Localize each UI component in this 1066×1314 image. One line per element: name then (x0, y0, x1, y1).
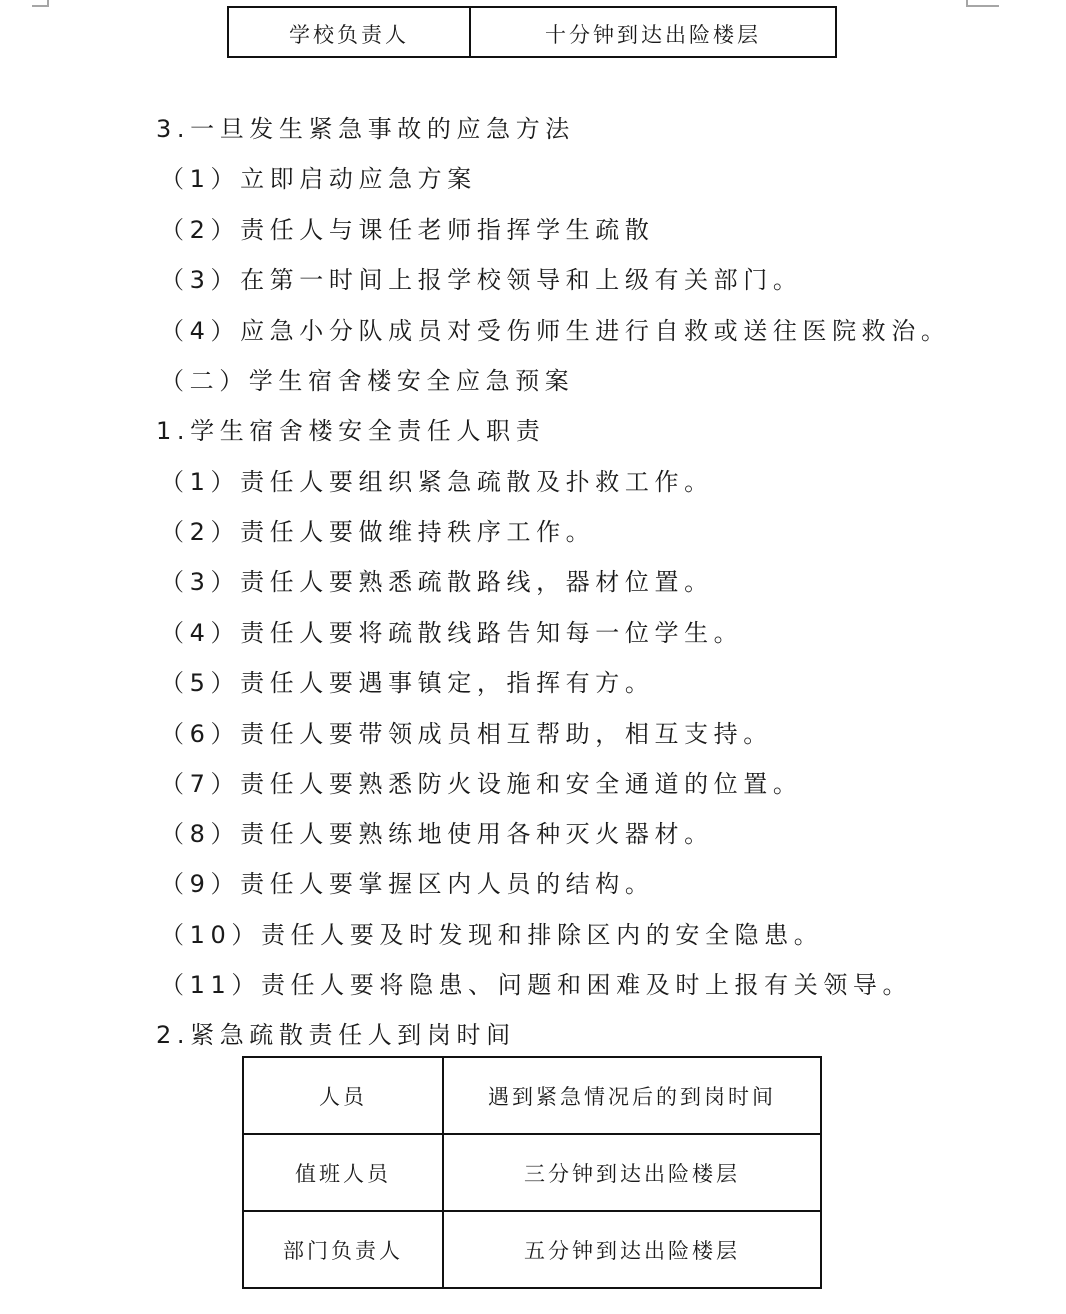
list-item: （3）责任人要熟悉疏散路线，器材位置。 (160, 567, 714, 597)
list-item: （6）责任人要带领成员相互帮助，相互支持。 (160, 719, 773, 749)
table-cell-person: 学校负责人 (228, 7, 470, 57)
part-heading: （二）学生宿舍楼安全应急预案 (160, 366, 574, 396)
list-item: （1）责任人要组织紧急疏散及扑救工作。 (160, 467, 714, 497)
list-item: （11）责任人要将隐患、问题和困难及时上报有关领导。 (160, 970, 912, 1000)
list-item: （9）责任人要掌握区内人员的结构。 (160, 869, 654, 899)
table-cell-person: 部门负责人 (243, 1211, 443, 1288)
list-item: （7）责任人要熟悉防火设施和安全通道的位置。 (160, 769, 802, 799)
list-item: （4）应急小分队成员对受伤师生进行自救或送往医院救治。 (160, 316, 950, 346)
page-corner-mark-left (32, 0, 49, 7)
list-item: （2）责任人与课任老师指挥学生疏散 (160, 215, 654, 245)
table-header-person: 人员 (243, 1057, 443, 1134)
table-cell-person: 值班人员 (243, 1134, 443, 1211)
section-heading: 2.紧急疏散责任人到岗时间 (156, 1020, 516, 1050)
page-corner-mark-right (966, 0, 999, 7)
list-item: （3）在第一时间上报学校领导和上级有关部门。 (160, 265, 802, 295)
table-header-row: 人员 遇到紧急情况后的到岗时间 (243, 1057, 821, 1134)
table-header-time: 遇到紧急情况后的到岗时间 (443, 1057, 821, 1134)
list-item: （2）责任人要做维持秩序工作。 (160, 517, 595, 547)
table-cell-time: 十分钟到达出险楼层 (470, 7, 836, 57)
list-item: （10）责任人要及时发现和排除区内的安全隐患。 (160, 920, 823, 950)
table-cell-time: 五分钟到达出险楼层 (443, 1211, 821, 1288)
table-row: 值班人员 三分钟到达出险楼层 (243, 1134, 821, 1211)
arrival-time-table: 人员 遇到紧急情况后的到岗时间 值班人员 三分钟到达出险楼层 部门负责人 五分钟… (242, 1056, 822, 1289)
arrival-time-table-continued: 学校负责人 十分钟到达出险楼层 (227, 6, 837, 58)
list-item: （1）立即启动应急方案 (160, 164, 477, 194)
table-cell-time: 三分钟到达出险楼层 (443, 1134, 821, 1211)
list-item: （8）责任人要熟练地使用各种灭火器材。 (160, 819, 714, 849)
section-heading: 1.学生宿舍楼安全责任人职责 (156, 416, 545, 446)
table-row: 学校负责人 十分钟到达出险楼层 (228, 7, 836, 57)
section-heading: 3.一旦发生紧急事故的应急方法 (156, 114, 575, 144)
table-row: 部门负责人 五分钟到达出险楼层 (243, 1211, 821, 1288)
list-item: （5）责任人要遇事镇定，指挥有方。 (160, 668, 654, 698)
list-item: （4）责任人要将疏散线路告知每一位学生。 (160, 618, 743, 648)
